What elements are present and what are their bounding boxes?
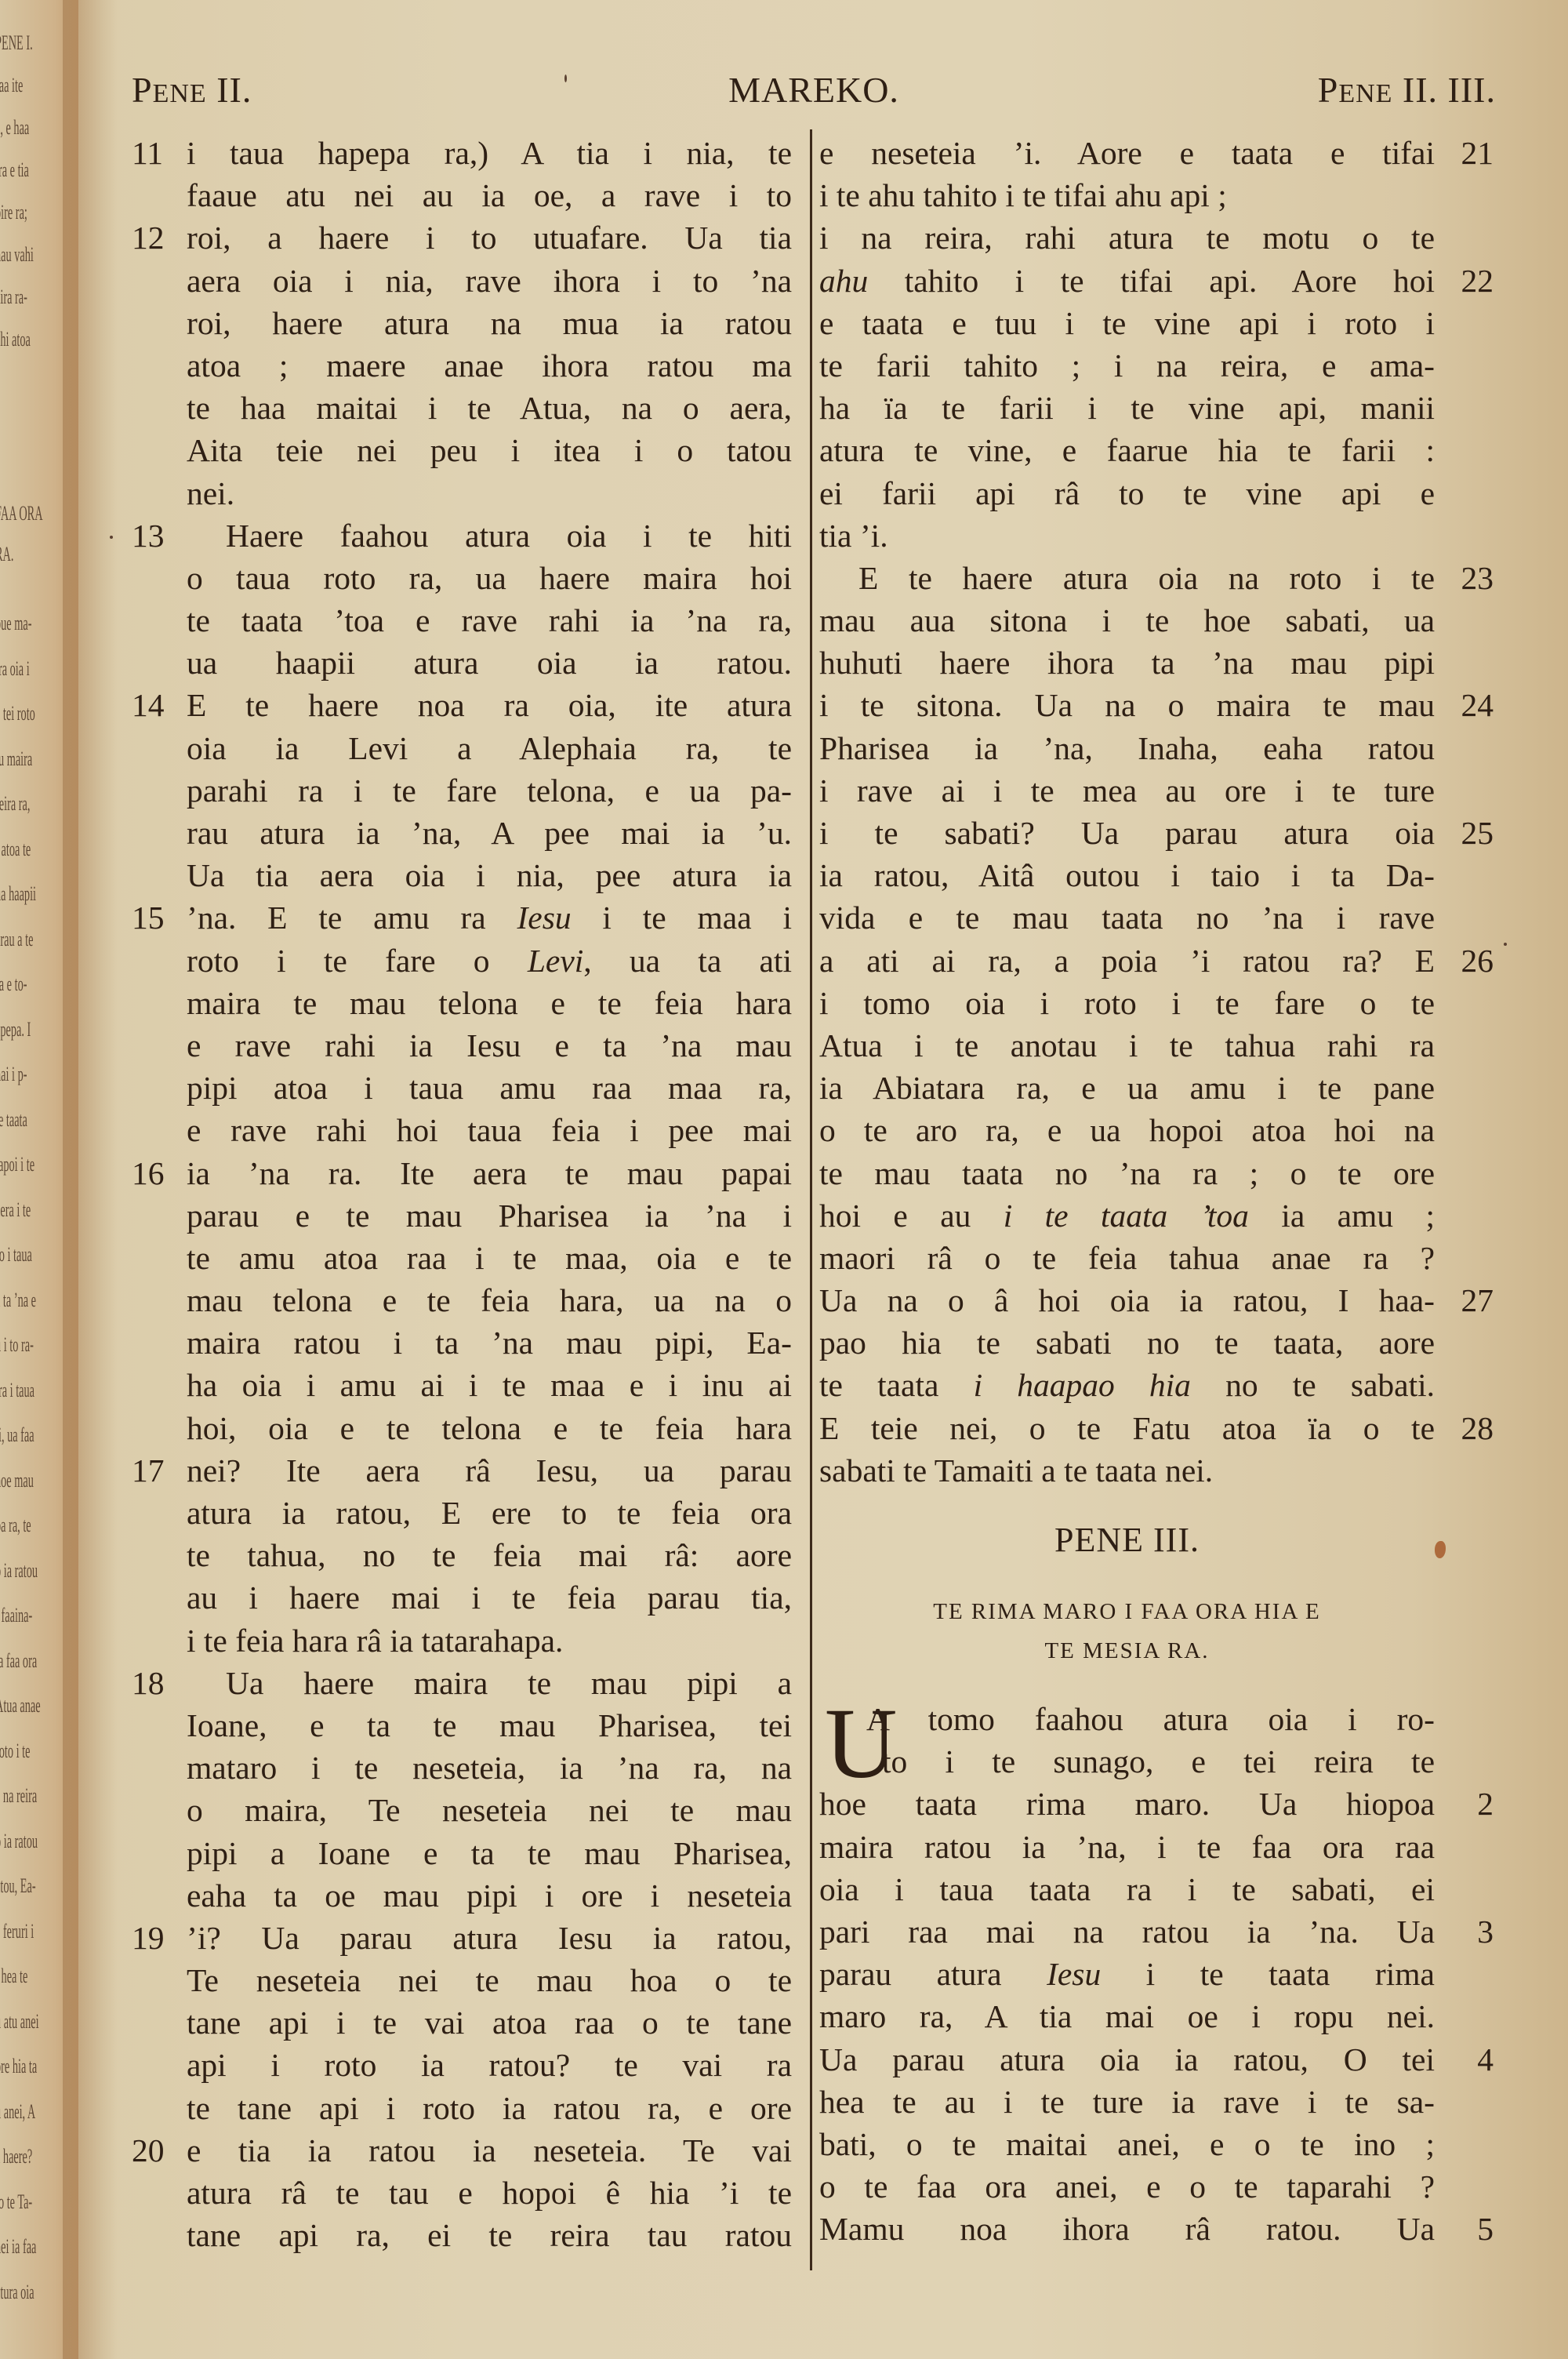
verse-text: mataro i te neseteia, ia ’na ra, na bbox=[187, 1747, 792, 1789]
facing-page-fragment: i hea te bbox=[0, 1965, 27, 1988]
verse-text: atura te vine, e faarue hia te farii : bbox=[819, 429, 1435, 471]
verse-text: roto i te fare o Levi, ua ta ati bbox=[187, 940, 792, 982]
text-line: bati, o te maitai anei, e o te ino ; bbox=[819, 2123, 1494, 2165]
text-line: pipi atoa i taua amu raa maa ra, bbox=[132, 1067, 797, 1109]
text-line: Atua i te anotau i te tahua rahi ra bbox=[819, 1024, 1494, 1067]
text-line: Pharisea ia ’na, Inaha, eaha ratou bbox=[819, 727, 1494, 769]
facing-page-fragment: ti, ua faa bbox=[0, 1423, 34, 1447]
verse-text: nei. bbox=[187, 472, 792, 514]
verse-number: 23 bbox=[1446, 557, 1494, 599]
text-line: tane api ra, ei te reira tau ratou bbox=[132, 2214, 797, 2256]
verse-text: oia ia Levi a Alephaia ra, te bbox=[187, 727, 792, 769]
verse-text: Ua haere maira te mau pipi a bbox=[187, 1662, 792, 1704]
verse-text: hoe taata rima maro. Ua hiopoa bbox=[819, 1783, 1435, 1825]
text-line: mataro i te neseteia, ia ’na ra, na bbox=[132, 1747, 797, 1789]
text-line: oia ia Levi a Alephaia ra, te bbox=[132, 727, 797, 769]
text-line: 23E te haere atura oia na roto i te bbox=[819, 557, 1494, 599]
verse-text: i te sabati? Ua parau atura oia bbox=[819, 812, 1435, 854]
verse-number: 3 bbox=[1446, 1910, 1494, 1953]
facing-page-fragment: ua haapii bbox=[0, 882, 36, 906]
text-line: pao hia te sabati no te taata, aore bbox=[819, 1321, 1494, 1364]
verse-text: bati, o te maitai anei, e o te ino ; bbox=[819, 2123, 1435, 2165]
right-text-column: 21e neseteia ’i. Aore e taata e tifaii t… bbox=[819, 132, 1494, 1492]
page-speck bbox=[110, 536, 113, 539]
facing-page-fragment: e na reira bbox=[0, 1784, 37, 1808]
text-line: 11i taua hapepa ra,) A tia i nia, te bbox=[132, 132, 797, 174]
verse-text: sabati te Tamaiti a te taata nei. bbox=[819, 1449, 1435, 1492]
verse-text: Mamu noa ihora râ ratou. Ua bbox=[819, 2208, 1435, 2250]
facing-page-fragment: te taata bbox=[0, 1108, 27, 1132]
verse-text: pipi atoa i taua amu raa maa ra, bbox=[187, 1067, 792, 1109]
text-line: eaha ta oe mau pipi i ore i neseteia bbox=[132, 1874, 797, 1917]
text-line: i na reira, rahi atura te motu o te bbox=[819, 216, 1494, 259]
gutter-shadow bbox=[63, 0, 118, 2359]
facing-page-fragment: roto i te bbox=[0, 1739, 30, 1763]
verse-text: ua haapii atura oia ia ratou. bbox=[187, 642, 792, 684]
facing-page-fragment: u anei, A bbox=[0, 2100, 35, 2124]
text-segment: ’na. E te amu ra bbox=[187, 900, 517, 936]
text-line: hoi e au i te taata ’toa ia amu ; bbox=[819, 1194, 1494, 1237]
facing-page-fragment: e tei roto bbox=[0, 702, 35, 725]
verse-number: 14 bbox=[132, 684, 179, 726]
text-line: 17nei? Ite aera râ Iesu, ua parau bbox=[132, 1449, 797, 1492]
text-line: vida e te mau taata no ’na i rave bbox=[819, 896, 1494, 939]
verse-text: o te aro ra, e ua hopoi atoa hoi na bbox=[819, 1109, 1435, 1151]
verse-text: faaue atu nei au ia oe, a rave i to bbox=[187, 174, 792, 216]
verse-text: o taua roto ra, ua haere maira hoi bbox=[187, 557, 792, 599]
text-line: parau e te mau Pharisea ia ’na i bbox=[132, 1194, 797, 1237]
text-line: hoi, oia e te telona e te feia hara bbox=[132, 1407, 797, 1449]
verse-text: E teie nei, o te Fatu atoa ïa o te bbox=[819, 1407, 1435, 1449]
facing-page-fragment: ra e to- bbox=[0, 972, 27, 996]
text-line: 18Ua haere maira te mau pipi a bbox=[132, 1662, 797, 1704]
facing-page-fragment: ira i taua bbox=[0, 1379, 34, 1402]
page-speck bbox=[564, 75, 567, 82]
text-line: parau atura Iesu i te taata rima bbox=[819, 1953, 1494, 1995]
facing-page-fragment: ro i taua bbox=[0, 1243, 32, 1267]
text-line: atoa ; maere anae ihora ratou ma bbox=[132, 344, 797, 387]
text-line: 13Haere faahou atura oia i te hiti bbox=[132, 514, 797, 557]
text-line: te haa maitai i te Atua, na o aera, bbox=[132, 387, 797, 429]
text-segment: te taata bbox=[819, 1367, 974, 1403]
verse-text: Ua na o â hoi oia ia ratou, I haa- bbox=[819, 1279, 1435, 1321]
verse-text: api i roto ia ratou? te vai ra bbox=[187, 2044, 792, 2086]
verse-text: roi, haere atura na mua ia ratou bbox=[187, 302, 792, 344]
verse-text: o maira, Te neseteia nei te mau bbox=[187, 1789, 792, 1831]
text-line: to i te sunago, e tei reira te bbox=[819, 1740, 1494, 1783]
text-line: 28E teie nei, o te Fatu atoa ïa o te bbox=[819, 1407, 1494, 1449]
text-line: roto i te fare o Levi, ua ta ati bbox=[132, 940, 797, 982]
verse-text: ha ïa te farii i te vine api, manii bbox=[819, 387, 1435, 429]
text-line: 15’na. E te amu ra Iesu i te maa i bbox=[132, 896, 797, 939]
text-line: pipi a Ioane e ta te mau Pharisea, bbox=[132, 1832, 797, 1874]
italic-text: ahu bbox=[819, 263, 868, 299]
verse-text: e rave rahi hoi taua feia i pee mai bbox=[187, 1109, 792, 1151]
verse-number: 26 bbox=[1446, 940, 1494, 982]
verse-text: te farii tahito ; i na reira, e ama- bbox=[819, 344, 1435, 387]
verse-text: Aita teie nei peu i itea i o tatou bbox=[187, 429, 792, 471]
verse-text: ia Abiatara ra, e ua amu i te pane bbox=[819, 1067, 1435, 1109]
verse-text: maro ra, A tia mai oe i ropu nei. bbox=[819, 1995, 1435, 2037]
page-speck bbox=[1504, 943, 1507, 946]
verse-text: Atua i te anotau i te tahua rahi ra bbox=[819, 1024, 1435, 1067]
verse-text: te tane api i roto ia ratou ra, e ore bbox=[187, 2087, 792, 2129]
verse-text: ia ratou, Aitâ outou i taio i ta Da- bbox=[819, 854, 1435, 896]
text-line: te amu atoa raa i te maa, oia e te bbox=[132, 1237, 797, 1279]
verse-text: roi, a haere i to utuafare. Ua tia bbox=[187, 216, 792, 259]
facing-page-fragment: i atoa te bbox=[0, 838, 31, 861]
text-line: e taata e tuu i te vine api i roto i bbox=[819, 302, 1494, 344]
left-text-column: 11i taua hapepa ra,) A tia i nia, tefaau… bbox=[132, 132, 797, 2256]
text-line: ia ratou, Aitâ outou i taio i ta Da- bbox=[819, 854, 1494, 896]
text-line: te farii tahito ; i na reira, e ama- bbox=[819, 344, 1494, 387]
facing-page-fragment: faa ite bbox=[0, 74, 23, 97]
text-line: i te ahu tahito i te tifai ahu api ; bbox=[819, 174, 1494, 216]
verse-number: 17 bbox=[132, 1449, 179, 1492]
text-line: atura ia ratou, E ere to te feia ora bbox=[132, 1492, 797, 1534]
facing-page-fragment: tapoi i te bbox=[0, 1153, 34, 1176]
text-line: ua haapii atura oia ia ratou. bbox=[132, 642, 797, 684]
verse-text: au i haere mai i te feia parau tia, bbox=[187, 1576, 792, 1619]
text-line: ia Abiatara ra, e ua amu i te pane bbox=[819, 1067, 1494, 1109]
text-line: 25i te sabati? Ua parau atura oia bbox=[819, 812, 1494, 854]
verse-text: e tia ia ratou ia neseteia. Te vai bbox=[187, 2129, 792, 2172]
verse-text: rau atura ia ’na, A pee mai ia ’u. bbox=[187, 812, 792, 854]
verse-text: te tahua, no te feia mai râ: aore bbox=[187, 1534, 792, 1576]
verse-text: hoi e au i te taata ’toa ia amu ; bbox=[819, 1194, 1435, 1237]
facing-page-fragment: arau a te bbox=[0, 928, 33, 951]
text-segment: i te taata rima bbox=[1101, 1956, 1435, 1992]
verse-text: maira ratou ia ’na, i te faa ora raa bbox=[819, 1826, 1435, 1868]
verse-text: te taata ’toa e rave rahi ia ’na ra, bbox=[187, 599, 792, 642]
chapter-summary-line: TE MESIA RA. bbox=[819, 1631, 1435, 1670]
text-line: o taua roto ra, ua haere maira hoi bbox=[132, 557, 797, 599]
text-line: 26a ati ai ra, a poia ’i ratou ra? E bbox=[819, 940, 1494, 982]
text-line: o te aro ra, e ua hopoi atoa hoi na bbox=[819, 1109, 1494, 1151]
verse-text: ei farii api râ to te vine api e bbox=[819, 472, 1435, 514]
text-segment: tahito i te tifai api. Aore hoi bbox=[868, 263, 1435, 299]
verse-text: i te ahu tahito i te tifai ahu api ; bbox=[819, 174, 1435, 216]
text-line: Aita teie nei peu i itea i o tatou bbox=[132, 429, 797, 471]
text-line: te tane api i roto ia ratou ra, e ore bbox=[132, 2087, 797, 2129]
verse-text: i tomo oia i roto i te fare o te bbox=[819, 982, 1435, 1024]
facing-page-fragment: a ta ’na e bbox=[0, 1289, 36, 1312]
text-line: 19’i? Ua parau atura Iesu ia ratou, bbox=[132, 1917, 797, 1959]
text-segment: hoi e au bbox=[819, 1198, 1004, 1234]
verse-text: i te feia hara râ ia tatarahapa. bbox=[187, 1619, 792, 1662]
text-line: atura râ te tau e hopoi ê hia ’i te bbox=[132, 2172, 797, 2214]
facing-page-fragment: FAA ORA bbox=[0, 502, 43, 525]
text-line: 16ia ’na ra. Ite aera te mau papai bbox=[132, 1152, 797, 1194]
text-line: e rave rahi hoi taua feia i pee mai bbox=[132, 1109, 797, 1151]
facing-page-fragment: ore hia ta bbox=[0, 2055, 37, 2078]
text-line: 21e neseteia ’i. Aore e taata e tifai bbox=[819, 132, 1494, 174]
chapter-three-text-column: A tomo faahou atura oia i ro-to i te sun… bbox=[819, 1698, 1494, 2250]
text-line: ha ïa te farii i te vine api, manii bbox=[819, 387, 1494, 429]
facing-page-fragment: atou, Ea- bbox=[0, 1874, 36, 1898]
facing-page-fragment: aera i te bbox=[0, 1198, 31, 1222]
facing-page-fragment: ira e tia bbox=[0, 158, 29, 182]
chapter-heading: PENE III. bbox=[819, 1520, 1435, 1560]
verse-number: 25 bbox=[1446, 812, 1494, 854]
verse-text: tia ’i. bbox=[819, 514, 1435, 557]
verse-text: pao hia te sabati no te taata, aore bbox=[819, 1321, 1435, 1364]
verse-text: Ua parau atura oia ia ratou, O tei bbox=[819, 2038, 1435, 2081]
verse-text: Ua tia aera oia i nia, pee atura ia bbox=[187, 854, 792, 896]
verse-text: a ati ai ra, a poia ’i ratou ra? E bbox=[819, 940, 1435, 982]
text-segment: no te sabati. bbox=[1191, 1367, 1435, 1403]
verse-text: i te sitona. Ua na o maira te mau bbox=[819, 684, 1435, 726]
text-line: faaue atu nei au ia oe, a rave i to bbox=[132, 174, 797, 216]
verse-text: atura ia ratou, E ere to te feia ora bbox=[187, 1492, 792, 1534]
verse-number: 16 bbox=[132, 1152, 179, 1194]
text-line: roi, haere atura na mua ia ratou bbox=[132, 302, 797, 344]
verse-text: A tomo faahou atura oia i ro- bbox=[866, 1698, 1435, 1740]
text-line: Ua tia aera oia i nia, pee atura ia bbox=[132, 854, 797, 896]
text-line: tia ’i. bbox=[819, 514, 1494, 557]
verse-text: Haere faahou atura oia i te hiti bbox=[187, 514, 792, 557]
text-line: i tomo oia i roto i te fare o te bbox=[819, 982, 1494, 1024]
text-line: 12roi, a haere i to utuafare. Ua tia bbox=[132, 216, 797, 259]
verse-number: 20 bbox=[132, 2129, 179, 2172]
text-segment: ia amu ; bbox=[1249, 1198, 1435, 1234]
facing-page-fragment: o ia ratou bbox=[0, 1830, 38, 1853]
verse-text: ha oia i amu ai i te maa e i inu ai bbox=[187, 1364, 792, 1406]
facing-page-fragment: RA. bbox=[0, 543, 13, 566]
text-line: o te faa ora anei, e o te taparahi ? bbox=[819, 2165, 1494, 2208]
text-line: api i roto ia ratou? te vai ra bbox=[132, 2044, 797, 2086]
facing-page-fragment: ia faa ora bbox=[0, 1649, 37, 1673]
text-line: rau atura ia ’na, A pee mai ia ’u. bbox=[132, 812, 797, 854]
verse-text: nei? Ite aera râ Iesu, ua parau bbox=[187, 1449, 792, 1492]
text-line: 24i te sitona. Ua na o maira te mau bbox=[819, 684, 1494, 726]
italic-text: Levi bbox=[528, 943, 583, 979]
facing-page-fragment: ira oia i bbox=[0, 657, 30, 681]
text-line: o maira, Te neseteia nei te mau bbox=[132, 1789, 797, 1831]
verse-text: mau telona e te feia hara, ua na o bbox=[187, 1279, 792, 1321]
facing-page-fragment: oire ra; bbox=[0, 201, 27, 224]
verse-text: i rave ai i te mea au ore i te ture bbox=[819, 769, 1435, 812]
verse-text: tane api ra, ei te reira tau ratou bbox=[187, 2214, 792, 2256]
verse-text: te mau taata no ’na ra ; o te ore bbox=[819, 1152, 1435, 1194]
book-page: PENE I.faa itea, e haaira e tiaoire ra;n… bbox=[0, 0, 1568, 2359]
verse-number: 27 bbox=[1446, 1279, 1494, 1321]
text-line: maori râ o te feia tahua anae ra ? bbox=[819, 1237, 1494, 1279]
verse-text: maira te mau telona e te feia hara bbox=[187, 982, 792, 1024]
text-line: maira ratou i ta ’na mau pipi, Ea- bbox=[132, 1321, 797, 1364]
text-line: atura te vine, e faarue hia te farii : bbox=[819, 429, 1494, 471]
verse-text: ahu tahito i te tifai api. Aore hoi bbox=[819, 260, 1435, 302]
facing-page-fragment: hoe mau bbox=[0, 1469, 34, 1492]
verse-text: E te haere atura oia na roto i te bbox=[819, 557, 1435, 599]
text-line: sabati te Tamaiti a te taata nei. bbox=[819, 1449, 1494, 1492]
facing-page-fragment: apepa. I bbox=[0, 1018, 31, 1041]
facing-page-fragment: oa ra, te bbox=[0, 1514, 31, 1537]
column-divider bbox=[810, 129, 812, 2270]
facing-page-fragment: o ia ratou bbox=[0, 1559, 38, 1583]
verse-text: pari raa mai na ratou ia ’na. Ua bbox=[819, 1910, 1435, 1953]
facing-page-fragment: nei ia faa bbox=[0, 2235, 36, 2259]
text-line: au i haere mai i te feia parau tia, bbox=[132, 1576, 797, 1619]
verse-text: maira ratou i ta ’na mau pipi, Ea- bbox=[187, 1321, 792, 1364]
verse-text: Pharisea ia ’na, Inaha, eaha ratou bbox=[819, 727, 1435, 769]
text-line: maro ra, A tia mai oe i ropu nei. bbox=[819, 1995, 1494, 2037]
italic-text: Iesu bbox=[517, 900, 571, 936]
verse-text: E te haere noa ra oia, ite atura bbox=[187, 684, 792, 726]
text-line: i rave ai i te mea au ore i te ture bbox=[819, 769, 1494, 812]
facing-page-fragment: e feruri i bbox=[0, 1920, 34, 1943]
text-line: mau telona e te feia hara, ua na o bbox=[132, 1279, 797, 1321]
verse-number: 5 bbox=[1446, 2208, 1494, 2250]
text-line: te taata ’toa e rave rahi ia ’na ra, bbox=[132, 599, 797, 642]
verse-text: tane api i te vai atoa raa o te tane bbox=[187, 2001, 792, 2044]
chapter-summary: TE RIMA MARO I FAA ORA HIA E TE MESIA RA… bbox=[819, 1592, 1435, 1670]
verse-text: hea te au i te ture ia rave i te sa- bbox=[819, 2081, 1435, 2123]
text-line: 20e tia ia ratou ia neseteia. Te vai bbox=[132, 2129, 797, 2172]
text-line: huhuti haere ihora ta ’na mau pipi bbox=[819, 642, 1494, 684]
facing-page-fragment: nai i p- bbox=[0, 1063, 27, 1086]
facing-page-fragment: nau vahi bbox=[0, 243, 34, 267]
facing-page-fragment: tu maira bbox=[0, 747, 32, 771]
verse-text: mau aua sitona i te hoe sabati, ua bbox=[819, 599, 1435, 642]
verse-number: 4 bbox=[1446, 2038, 1494, 2081]
text-line: mau aua sitona i te hoe sabati, ua bbox=[819, 599, 1494, 642]
verse-text: hoi, oia e te telona e te feia hara bbox=[187, 1407, 792, 1449]
text-line: Te neseteia nei te mau hoa o te bbox=[132, 1959, 797, 2001]
text-line: aera oia i nia, rave ihora i to ’na bbox=[132, 260, 797, 302]
page-stain bbox=[1435, 1541, 1446, 1558]
text-line: 27Ua na o â hoi oia ia ratou, I haa- bbox=[819, 1279, 1494, 1321]
facing-page-fragment: u i to ra- bbox=[0, 1333, 34, 1357]
text-line: A tomo faahou atura oia i ro- bbox=[819, 1698, 1494, 1740]
verse-number: 19 bbox=[132, 1917, 179, 1959]
verse-text: parau e te mau Pharisea ia ’na i bbox=[187, 1194, 792, 1237]
facing-page-fragment: Atua anae bbox=[0, 1694, 41, 1717]
running-head: PENE II. MAREKO. PENE II. III. bbox=[132, 69, 1496, 116]
verse-text: parahi ra i te fare telona, e ua pa- bbox=[187, 769, 792, 812]
verse-text: vida e te mau taata no ’na i rave bbox=[819, 896, 1435, 939]
verse-text: e rave rahi ia Iesu e ta ’na mau bbox=[187, 1024, 792, 1067]
verse-number: 2 bbox=[1446, 1783, 1494, 1825]
verse-text: i taua hapepa ra,) A tia i nia, te bbox=[187, 132, 792, 174]
verse-text: Te neseteia nei te mau hoa o te bbox=[187, 1959, 792, 2001]
verse-text: pipi a Ioane e ta te mau Pharisea, bbox=[187, 1832, 792, 1874]
text-line: maira te mau telona e te feia hara bbox=[132, 982, 797, 1024]
italic-text: i haapao hia bbox=[974, 1367, 1191, 1403]
text-line: tane api i te vai atoa raa o te tane bbox=[132, 2001, 797, 2044]
verse-text: ’na. E te amu ra Iesu i te maa i bbox=[187, 896, 792, 939]
verse-text: aera oia i nia, rave ihora i to ’na bbox=[187, 260, 792, 302]
facing-page-fragment: to te Ta- bbox=[0, 2190, 32, 2214]
verse-text: te taata i haapao hia no te sabati. bbox=[819, 1364, 1435, 1406]
text-line: 4Ua parau atura oia ia ratou, O tei bbox=[819, 2038, 1494, 2081]
verse-text: o te faa ora anei, e o te taparahi ? bbox=[819, 2165, 1435, 2208]
text-line: oia i taua taata ra i te sabati, ei bbox=[819, 1868, 1494, 1910]
text-segment: , ua ta ati bbox=[583, 943, 792, 979]
verse-text: ia ’na ra. Ite aera te mau papai bbox=[187, 1152, 792, 1194]
text-line: te taata i haapao hia no te sabati. bbox=[819, 1364, 1494, 1406]
verse-text: te amu atoa raa i te maa, oia e te bbox=[187, 1237, 792, 1279]
facing-page-fragment: pue ma- bbox=[0, 612, 31, 635]
italic-text: Iesu bbox=[1047, 1956, 1101, 1992]
verse-number: 12 bbox=[132, 216, 179, 259]
verse-text: oia i taua taata ra i te sabati, ei bbox=[819, 1868, 1435, 1910]
text-line: ei farii api râ to te vine api e bbox=[819, 472, 1494, 514]
text-segment: roto i te fare o bbox=[187, 943, 528, 979]
verse-text: e neseteia ’i. Aore e taata e tifai bbox=[819, 132, 1435, 174]
verse-text: parau atura Iesu i te taata rima bbox=[819, 1953, 1435, 1995]
text-line: e rave rahi ia Iesu e ta ’na mau bbox=[132, 1024, 797, 1067]
verse-number: 22 bbox=[1446, 260, 1494, 302]
verse-text: Ioane, e ta te mau Pharisea, tei bbox=[187, 1704, 792, 1747]
facing-page-fragment: ahi atoa bbox=[0, 328, 31, 351]
text-line: 3pari raa mai na ratou ia ’na. Ua bbox=[819, 1910, 1494, 1953]
text-line: 2hoe taata rima maro. Ua hiopoa bbox=[819, 1783, 1494, 1825]
verse-text: atura râ te tau e hopoi ê hia ’i te bbox=[187, 2172, 792, 2214]
verse-text: maori râ o te feia tahua anae ra ? bbox=[819, 1237, 1435, 1279]
verse-text: huhuti haere ihora ta ’na mau pipi bbox=[819, 642, 1435, 684]
verse-text: ’i? Ua parau atura Iesu ia ratou, bbox=[187, 1917, 792, 1959]
text-line: maira ratou ia ’na, i te faa ora raa bbox=[819, 1826, 1494, 1868]
verse-number: 24 bbox=[1446, 684, 1494, 726]
facing-page-fragment: reira ra, bbox=[0, 792, 30, 816]
verse-number: 11 bbox=[132, 132, 179, 174]
text-segment: i te maa i bbox=[572, 900, 792, 936]
facing-page-fragment: aira ra- bbox=[0, 285, 27, 309]
facing-page-fragment: i faaina- bbox=[0, 1604, 32, 1627]
verse-text: te haa maitai i te Atua, na o aera, bbox=[187, 387, 792, 429]
verse-text: e taata e tuu i te vine api i roto i bbox=[819, 302, 1435, 344]
text-line: ha oia i amu ai i te maa e i inu ai bbox=[132, 1364, 797, 1406]
text-line: i te feia hara râ ia tatarahapa. bbox=[132, 1619, 797, 1662]
verse-text: eaha ta oe mau pipi i ore i neseteia bbox=[187, 1874, 792, 1917]
text-line: 14E te haere noa ra oia, ite atura bbox=[132, 684, 797, 726]
facing-page-fragment: u atu anei bbox=[0, 2010, 39, 2034]
text-line: 22ahu tahito i te tifai api. Aore hoi bbox=[819, 260, 1494, 302]
text-line: te mau taata no ’na ra ; o te ore bbox=[819, 1152, 1494, 1194]
verse-number: 18 bbox=[132, 1662, 179, 1704]
running-head-chapter-right: PENE II. III. bbox=[1318, 69, 1496, 111]
verse-text: i na reira, rahi atura te motu o te bbox=[819, 216, 1435, 259]
facing-page-fragment: atura oia bbox=[0, 2281, 34, 2304]
running-head-book-title: MAREKO. bbox=[132, 69, 1496, 111]
text-line: nei. bbox=[132, 472, 797, 514]
verse-number: 21 bbox=[1446, 132, 1494, 174]
facing-page-fragment: PENE I. bbox=[0, 31, 33, 55]
text-line: Ioane, e ta te mau Pharisea, tei bbox=[132, 1704, 797, 1747]
text-line: te tahua, no te feia mai râ: aore bbox=[132, 1534, 797, 1576]
text-segment: parau atura bbox=[819, 1956, 1047, 1992]
verse-number: 28 bbox=[1446, 1407, 1494, 1449]
chapter-summary-line: TE RIMA MARO I FAA ORA HIA E bbox=[819, 1592, 1435, 1631]
text-line: 5Mamu noa ihora râ ratou. Ua bbox=[819, 2208, 1494, 2250]
verse-number: 15 bbox=[132, 896, 179, 939]
verse-number: 13 bbox=[132, 514, 179, 557]
text-line: hea te au i te ture ia rave i te sa- bbox=[819, 2081, 1494, 2123]
facing-page-fragment: a, e haa bbox=[0, 116, 29, 140]
italic-text: i te taata ’toa bbox=[1004, 1198, 1249, 1234]
verse-text: atoa ; maere anae ihora ratou ma bbox=[187, 344, 792, 387]
verse-text: to i te sunago, e tei reira te bbox=[882, 1740, 1435, 1783]
facing-page-fragment: a haere? bbox=[0, 2145, 32, 2168]
text-line: parahi ra i te fare telona, e ua pa- bbox=[132, 769, 797, 812]
